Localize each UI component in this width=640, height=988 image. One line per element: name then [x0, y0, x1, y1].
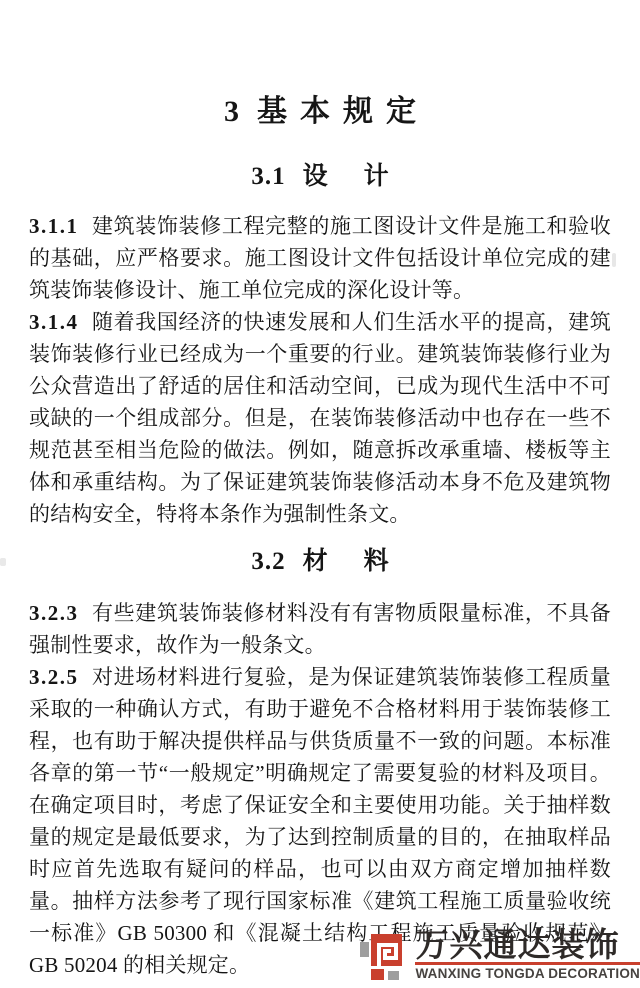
- section-heading-char: 设: [303, 163, 328, 190]
- brand-name-chinese: 万兴通达装饰: [415, 928, 640, 961]
- section-heading-3-2: 3.2材料: [29, 546, 611, 577]
- brand-divider-line: [415, 962, 640, 965]
- clause-text: 随着我国经济的快速发展和人们生活水平的提高，建筑装饰装修行业已经成为一个重要的行…: [29, 310, 611, 526]
- section-heading-char: 材: [303, 548, 328, 575]
- document-page: 3基本规定 3.1设计 3.1.1建筑装饰装修工程完整的施工图设计文件是施工和验…: [0, 0, 640, 988]
- clause-text: 建筑装饰装修工程完整的施工图设计文件是施工和验收的基础，应严格要求。施工图设计文…: [29, 214, 611, 302]
- section-heading-3-1: 3.1设计: [29, 161, 611, 192]
- chapter-title-char: 本: [300, 95, 330, 128]
- clause-number: 3.2.5: [29, 665, 79, 689]
- clause-3-2-3: 3.2.3有些建筑装饰装修材料没有有害物质限量标准，不具备强制性要求，故作为一般…: [29, 597, 611, 661]
- brand-logo-icon: [359, 928, 405, 986]
- clause-number: 3.2.3: [29, 601, 79, 625]
- clause-number: 3.1.4: [29, 310, 79, 334]
- brand-name-english: WANXING TONGDA DECORATION: [415, 966, 640, 982]
- scan-artifact: [612, 253, 616, 267]
- chapter-title-char: 规: [343, 95, 373, 128]
- logo-maze-square: [371, 934, 402, 966]
- chapter-title: 3基本规定: [29, 95, 611, 129]
- logo-gray-block: [388, 971, 399, 980]
- section-heading-char: 料: [364, 548, 389, 575]
- clause-3-1-4: 3.1.4随着我国经济的快速发展和人们生活水平的提高，建筑装饰装修行业已经成为一…: [29, 306, 611, 530]
- brand-text: 万兴通达装饰 WANXING TONGDA DECORATION: [415, 928, 640, 982]
- brand-watermark: 万兴通达装饰 WANXING TONGDA DECORATION: [359, 928, 640, 986]
- logo-red-block: [371, 969, 384, 980]
- section-heading-char: 计: [364, 163, 389, 190]
- clause-number: 3.1.1: [29, 214, 79, 238]
- clause-text: 有些建筑装饰装修材料没有有害物质限量标准，不具备强制性要求，故作为一般条文。: [29, 601, 611, 657]
- section-number: 3.1: [251, 163, 285, 190]
- chapter-title-char: 基: [257, 95, 287, 128]
- clause-3-1-1: 3.1.1建筑装饰装修工程完整的施工图设计文件是施工和验收的基础，应严格要求。施…: [29, 210, 611, 306]
- section-number: 3.2: [251, 548, 285, 575]
- scan-artifact: [0, 558, 6, 566]
- logo-gray-block: [360, 942, 369, 957]
- chapter-title-char: 定: [386, 95, 416, 128]
- chapter-number: 3: [224, 95, 239, 128]
